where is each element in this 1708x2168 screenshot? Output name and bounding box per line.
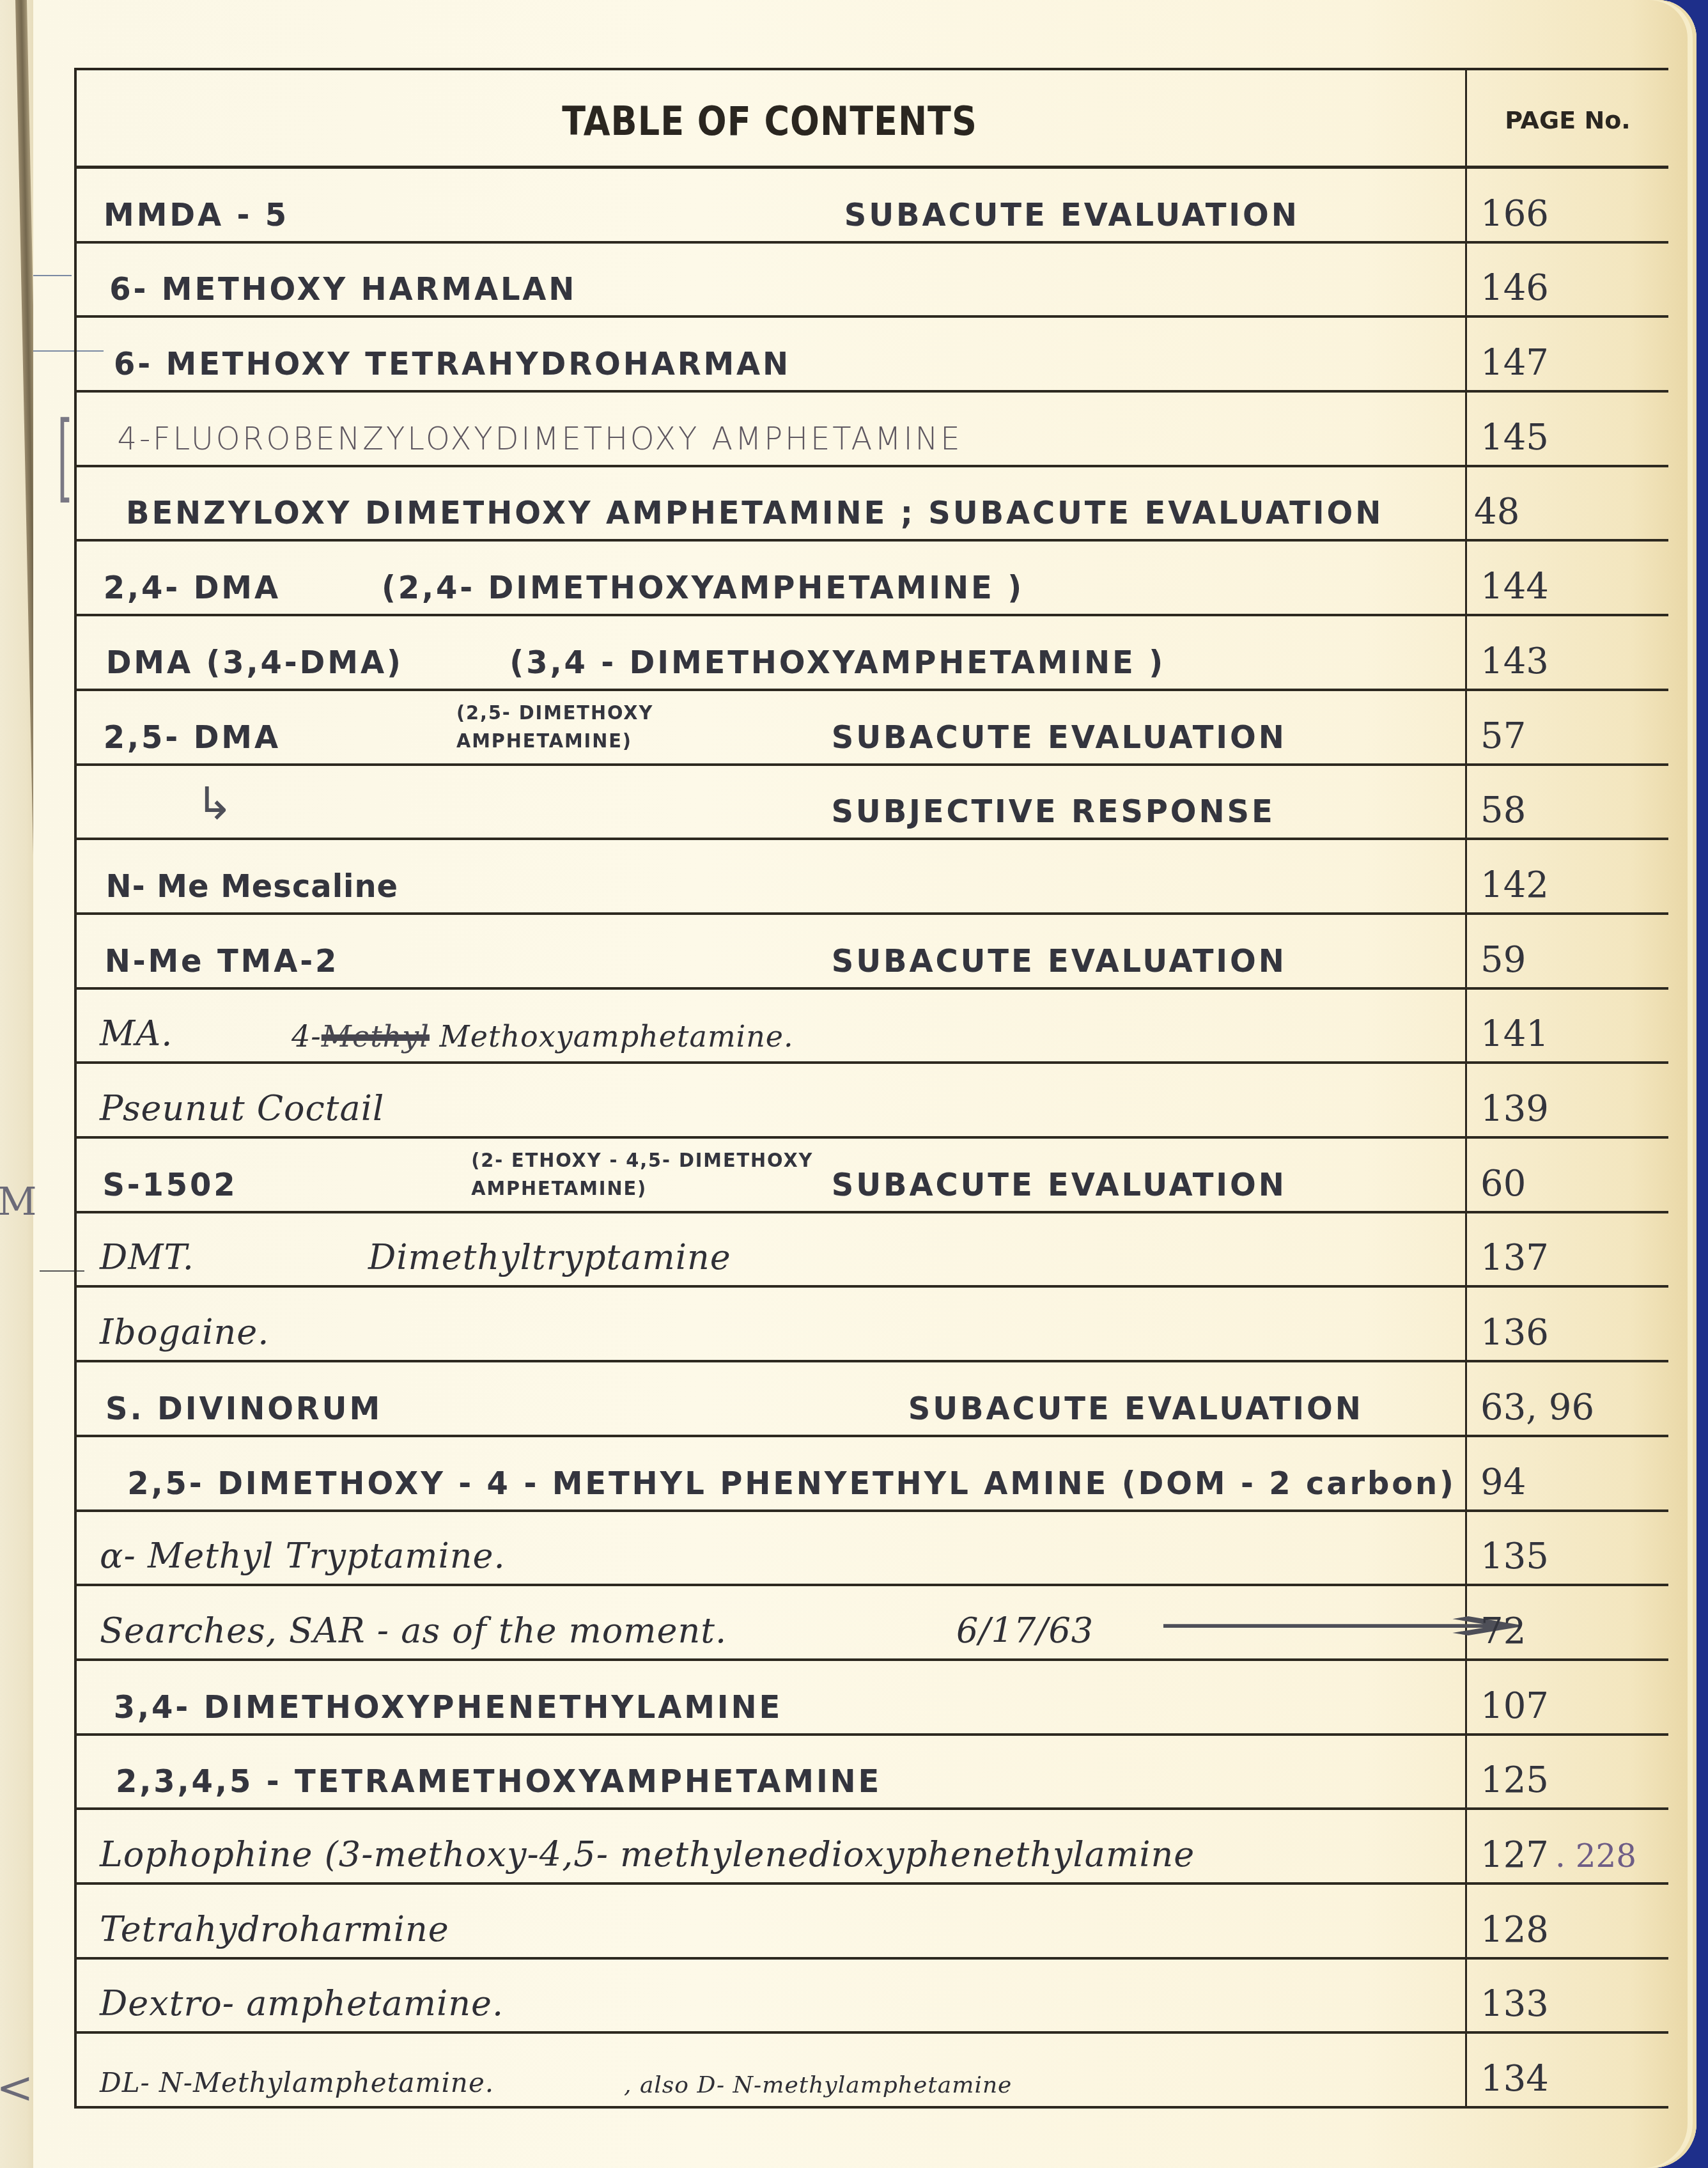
toc-row: 2,5- DIMETHOXY - 4 - METHYL PHENYETHYL A… — [74, 1437, 1668, 1512]
page-number: 48 — [1474, 491, 1659, 533]
toc-row: Searches, SAR - as of the moment.6/17/63… — [74, 1586, 1668, 1661]
toc-row: 2,4- DMA(2,4- DIMETHOXYAMPHETAMINE )144 — [74, 542, 1668, 617]
toc-row: Tetrahydroharmine128 — [74, 1885, 1668, 1960]
page-number: 59 — [1480, 939, 1666, 981]
entry-name: 2,3,4,5 - TETRAMETHOXYAMPHETAMINE — [116, 1763, 881, 1800]
toc-entry: MMDA - 5SUBACUTE EVALUATION — [100, 172, 1455, 233]
toc-row: S-1502(2- ETHOXY - 4,5- DIMETHOXY AMPHET… — [74, 1139, 1668, 1213]
margin-m-mark: M — [0, 1183, 36, 1221]
entry-subnote: (2- ETHOXY - 4,5- DIMETHOXY AMPHETAMINE) — [471, 1147, 815, 1203]
toc-row: 4-FLUOROBENZYLOXYDIMETHOXY AMPHETAMINE14… — [74, 393, 1668, 467]
entry-subnote: (2,5- DIMETHOXY AMPHETAMINE) — [456, 699, 702, 756]
page-number: 143 — [1480, 641, 1666, 682]
toc-row: 3,4- DIMETHOXYPHENETHYLAMINE107 — [74, 1661, 1668, 1736]
page-number: 128 — [1480, 1909, 1666, 1951]
toc-row: MA.4-Methyl Methoxyamphetamine.141 — [74, 990, 1668, 1065]
toc-entry: Ibogaine. — [100, 1291, 1455, 1352]
entry-name: MA. — [100, 1013, 173, 1054]
entry-note: SUBACUTE EVALUATION — [844, 196, 1300, 233]
toc-row: DMA (3,4-DMA)(3,4 - DIMETHOXYAMPHETAMINE… — [74, 616, 1668, 691]
entry-note: SUBJECTIVE RESPONSE — [831, 793, 1275, 830]
toc-entry: Tetrahydroharmine — [100, 1888, 1455, 1949]
entry-name: MMDA - 5 — [104, 196, 289, 233]
page-number: 94 — [1480, 1462, 1666, 1503]
page-number: 145 — [1480, 417, 1666, 458]
page-number: 134 — [1480, 2058, 1666, 2100]
entry-name: BENZYLOXY DIMETHOXY AMPHETAMINE ; SUBACU… — [126, 494, 1383, 531]
toc-row: 2,3,4,5 - TETRAMETHOXYAMPHETAMINE125 — [74, 1736, 1668, 1811]
page-number: 125 — [1480, 1759, 1666, 1801]
toc-row: BENZYLOXY DIMETHOXY AMPHETAMINE ; SUBACU… — [74, 467, 1668, 542]
entry-name: Pseunut Coctail — [100, 1088, 384, 1128]
entry-name: 2,4- DMA — [104, 569, 281, 606]
entry-name: Dextro- amphetamine. — [100, 1983, 504, 2024]
toc-row: 6- METHOXY TETRAHYDROHARMAN147 — [74, 318, 1668, 393]
toc-entry: ↳SUBJECTIVE RESPONSE — [100, 768, 1455, 830]
toc-row: DMT.Dimethyltryptamine137 — [74, 1213, 1668, 1288]
toc-row: 6- METHOXY HARMALAN146 — [74, 244, 1668, 318]
entry-name: ↳ — [196, 777, 233, 830]
entry-note: 4-Methyl Methoxyamphetamine. — [291, 1019, 794, 1054]
entry-note: SUBACUTE EVALUATION — [832, 719, 1287, 756]
table-header: TABLE OF CONTENTS PAGE No. — [74, 68, 1668, 169]
page-number: 141 — [1480, 1013, 1666, 1055]
toc-row: Dextro- amphetamine.133 — [74, 1960, 1668, 2034]
page-number-extra: . 228 — [1555, 1837, 1636, 1875]
toc-row: DL- N-Methylamphetamine., also D- N-meth… — [74, 2034, 1668, 2109]
toc-entry: 3,4- DIMETHOXYPHENETHYLAMINE — [100, 1664, 1455, 1726]
toc-entry: N- Me Mescaline — [100, 843, 1455, 905]
entry-name: Ibogaine. — [100, 1312, 269, 1352]
arrow-icon: ⟶ — [1148, 1598, 1533, 1651]
toc-entry: Searches, SAR - as of the moment.6/17/63… — [100, 1589, 1455, 1651]
toc-entry: S. DIVINORUMSUBACUTE EVALUATION — [100, 1366, 1455, 1427]
toc-row: S. DIVINORUMSUBACUTE EVALUATION63, 96 — [74, 1362, 1668, 1437]
margin-arrow-mark: < — [0, 2065, 34, 2110]
entry-note: (3,4 - DIMETHOXYAMPHETAMINE ) — [509, 644, 1165, 681]
entry-name: 2,5- DIMETHOXY - 4 - METHYL PHENYETHYL A… — [127, 1465, 1456, 1502]
entry-name: 6- METHOXY HARMALAN — [109, 270, 577, 308]
page-number: 146 — [1480, 267, 1666, 309]
margin-bracket-mark: [ — [58, 409, 72, 505]
toc-entry: 6- METHOXY TETRAHYDROHARMAN — [100, 321, 1455, 382]
toc-row: 2,5- DMA(2,5- DIMETHOXY AMPHETAMINE)SUBA… — [74, 691, 1668, 766]
entry-note: , also D- N-methylamphetamine — [624, 2072, 1012, 2098]
toc-entry: MA.4-Methyl Methoxyamphetamine. — [100, 992, 1455, 1054]
row-divider — [74, 2106, 1668, 2109]
toc-entry: Pseunut Coctail — [100, 1067, 1455, 1128]
page-number: 72 — [1480, 1610, 1666, 1652]
toc-entry: Dextro- amphetamine. — [100, 1962, 1455, 2024]
entry-note: SUBACUTE EVALUATION — [908, 1390, 1363, 1427]
entry-name: Searches, SAR - as of the moment. — [100, 1610, 727, 1651]
page-number: 166 — [1480, 193, 1666, 235]
toc-entry: 4-FLUOROBENZYLOXYDIMETHOXY AMPHETAMINE — [100, 396, 1455, 457]
page-number: 57 — [1480, 715, 1666, 757]
page-number: 63, 96 — [1480, 1387, 1666, 1428]
page-number-column-header: PAGE No. — [1467, 106, 1668, 134]
margin-tick — [33, 275, 72, 276]
toc-entry: α- Methyl Tryptamine. — [100, 1515, 1455, 1576]
toc-entry: N-Me TMA-2SUBACUTE EVALUATION — [100, 918, 1455, 979]
toc-entry: 6- METHOXY HARMALAN — [100, 246, 1455, 308]
toc-row: N- Me Mescaline142 — [74, 840, 1668, 915]
page-number: 144 — [1480, 566, 1666, 607]
entry-note: SUBACUTE EVALUATION — [832, 1166, 1287, 1203]
toc-row: MMDA - 5SUBACUTE EVALUATION166 — [74, 169, 1668, 244]
toc-entry: BENZYLOXY DIMETHOXY AMPHETAMINE ; SUBACU… — [100, 470, 1455, 531]
toc-entry: 2,3,4,5 - TETRAMETHOXYAMPHETAMINE — [100, 1738, 1455, 1800]
struck-text: Methyl — [322, 1019, 430, 1054]
entry-name: DMA (3,4-DMA) — [106, 644, 403, 681]
toc-entry: DMA (3,4-DMA)(3,4 - DIMETHOXYAMPHETAMINE… — [100, 620, 1455, 681]
toc-row: ↳SUBJECTIVE RESPONSE58 — [74, 766, 1668, 841]
page-number: 133 — [1480, 1983, 1666, 2025]
page-number: 137 — [1480, 1237, 1666, 1279]
page-number: 147 — [1480, 342, 1666, 384]
entry-name: N-Me TMA-2 — [105, 942, 339, 979]
toc-entry: 2,5- DMA(2,5- DIMETHOXY AMPHETAMINE)SUBA… — [100, 694, 1455, 756]
entry-name: 2,5- DMA — [104, 719, 281, 756]
entry-name: DL- N-Methylamphetamine. — [100, 2067, 494, 2098]
entry-name: 3,4- DIMETHOXYPHENETHYLAMINE — [114, 1688, 782, 1726]
entry-name: S-1502 — [102, 1166, 237, 1203]
entry-name: 6- METHOXY TETRAHYDROHARMAN — [114, 345, 791, 382]
toc-row: Lophophine (3-methoxy-4,5- methylenediox… — [74, 1810, 1668, 1885]
toc-row: Ibogaine.136 — [74, 1288, 1668, 1363]
toc-entry: DMT.Dimethyltryptamine — [100, 1216, 1455, 1277]
toc-entry: Lophophine (3-methoxy-4,5- methylenediox… — [100, 1813, 1455, 1875]
page-number: 136 — [1480, 1312, 1666, 1353]
toc-entry: S-1502(2- ETHOXY - 4,5- DIMETHOXY AMPHET… — [100, 1142, 1455, 1203]
entry-note: Dimethyltryptamine — [368, 1237, 731, 1277]
page-number: 142 — [1480, 864, 1666, 906]
toc-row: α- Methyl Tryptamine.135 — [74, 1512, 1668, 1587]
page-number: 127. 228 — [1480, 1834, 1666, 1876]
entry-name: 4-FLUOROBENZYLOXYDIMETHOXY AMPHETAMINE — [118, 420, 963, 457]
toc-entry: 2,5- DIMETHOXY - 4 - METHYL PHENYETHYL A… — [100, 1440, 1455, 1502]
page-number: 135 — [1480, 1536, 1666, 1577]
entry-note: 6/17/63 — [956, 1610, 1094, 1651]
entry-name: α- Methyl Tryptamine. — [100, 1536, 506, 1576]
entry-note: (2,4- DIMETHOXYAMPHETAMINE ) — [382, 569, 1024, 606]
entry-note: SUBACUTE EVALUATION — [832, 942, 1287, 979]
table-of-contents: TABLE OF CONTENTS PAGE No. MMDA - 5SUBAC… — [74, 68, 1668, 2107]
toc-row: Pseunut Coctail139 — [74, 1064, 1668, 1139]
entry-name: S. DIVINORUM — [105, 1390, 382, 1427]
page-number: 139 — [1480, 1088, 1666, 1130]
page-title: TABLE OF CONTENTS — [74, 98, 1465, 144]
toc-row: N-Me TMA-2SUBACUTE EVALUATION59 — [74, 915, 1668, 990]
entry-name: N- Me Mescaline — [106, 868, 399, 905]
entry-name: Tetrahydroharmine — [100, 1909, 449, 1949]
entry-name: Lophophine (3-methoxy-4,5- methylenediox… — [100, 1834, 1195, 1875]
toc-entry: 2,4- DMA(2,4- DIMETHOXYAMPHETAMINE ) — [100, 545, 1455, 606]
page-number: 107 — [1480, 1685, 1666, 1727]
page-number: 58 — [1480, 790, 1666, 831]
toc-entry: DL- N-Methylamphetamine., also D- N-meth… — [100, 2037, 1455, 2098]
entry-name: DMT. — [100, 1237, 194, 1277]
page-number: 60 — [1480, 1163, 1666, 1205]
